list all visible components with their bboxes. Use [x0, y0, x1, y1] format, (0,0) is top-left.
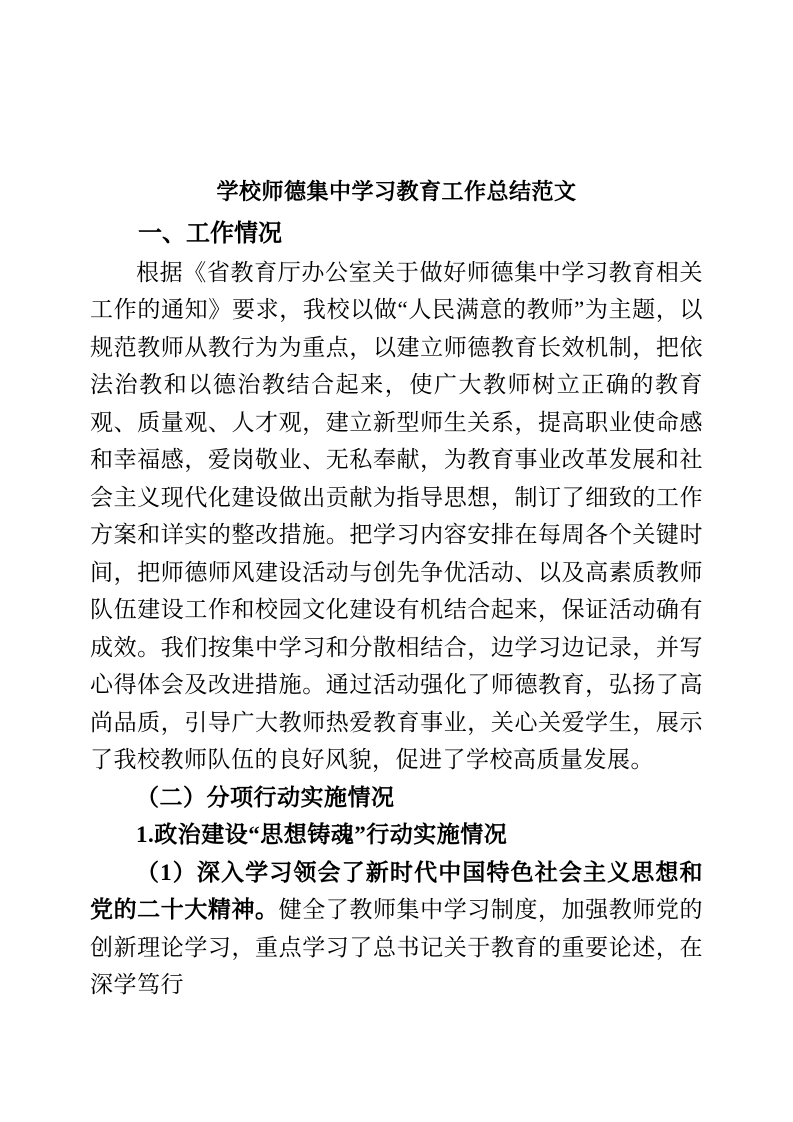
document-title: 学校师德集中学习教育工作总结范文: [90, 177, 703, 207]
paragraph-work-overview: 根据《省教育厅办公室关于做好师德集中学习教育相关工作的通知》要求，我校以做“人民…: [90, 254, 703, 779]
subsection-heading-action-implementation: （二）分项行动实施情况: [90, 779, 703, 817]
section-heading-work-status: 一、工作情况: [90, 216, 703, 254]
paragraph-political-action: （1）深入学习领会了新时代中国特色社会主义思想和党的二十大精神。健全了教师集中学…: [90, 854, 703, 1004]
item-heading-political-construction: 1.政治建设“思想铸魂”行动实施情况: [90, 816, 703, 854]
document-page: 学校师德集中学习教育工作总结范文 一、工作情况 根据《省教育厅办公室关于做好师德…: [0, 0, 793, 1122]
